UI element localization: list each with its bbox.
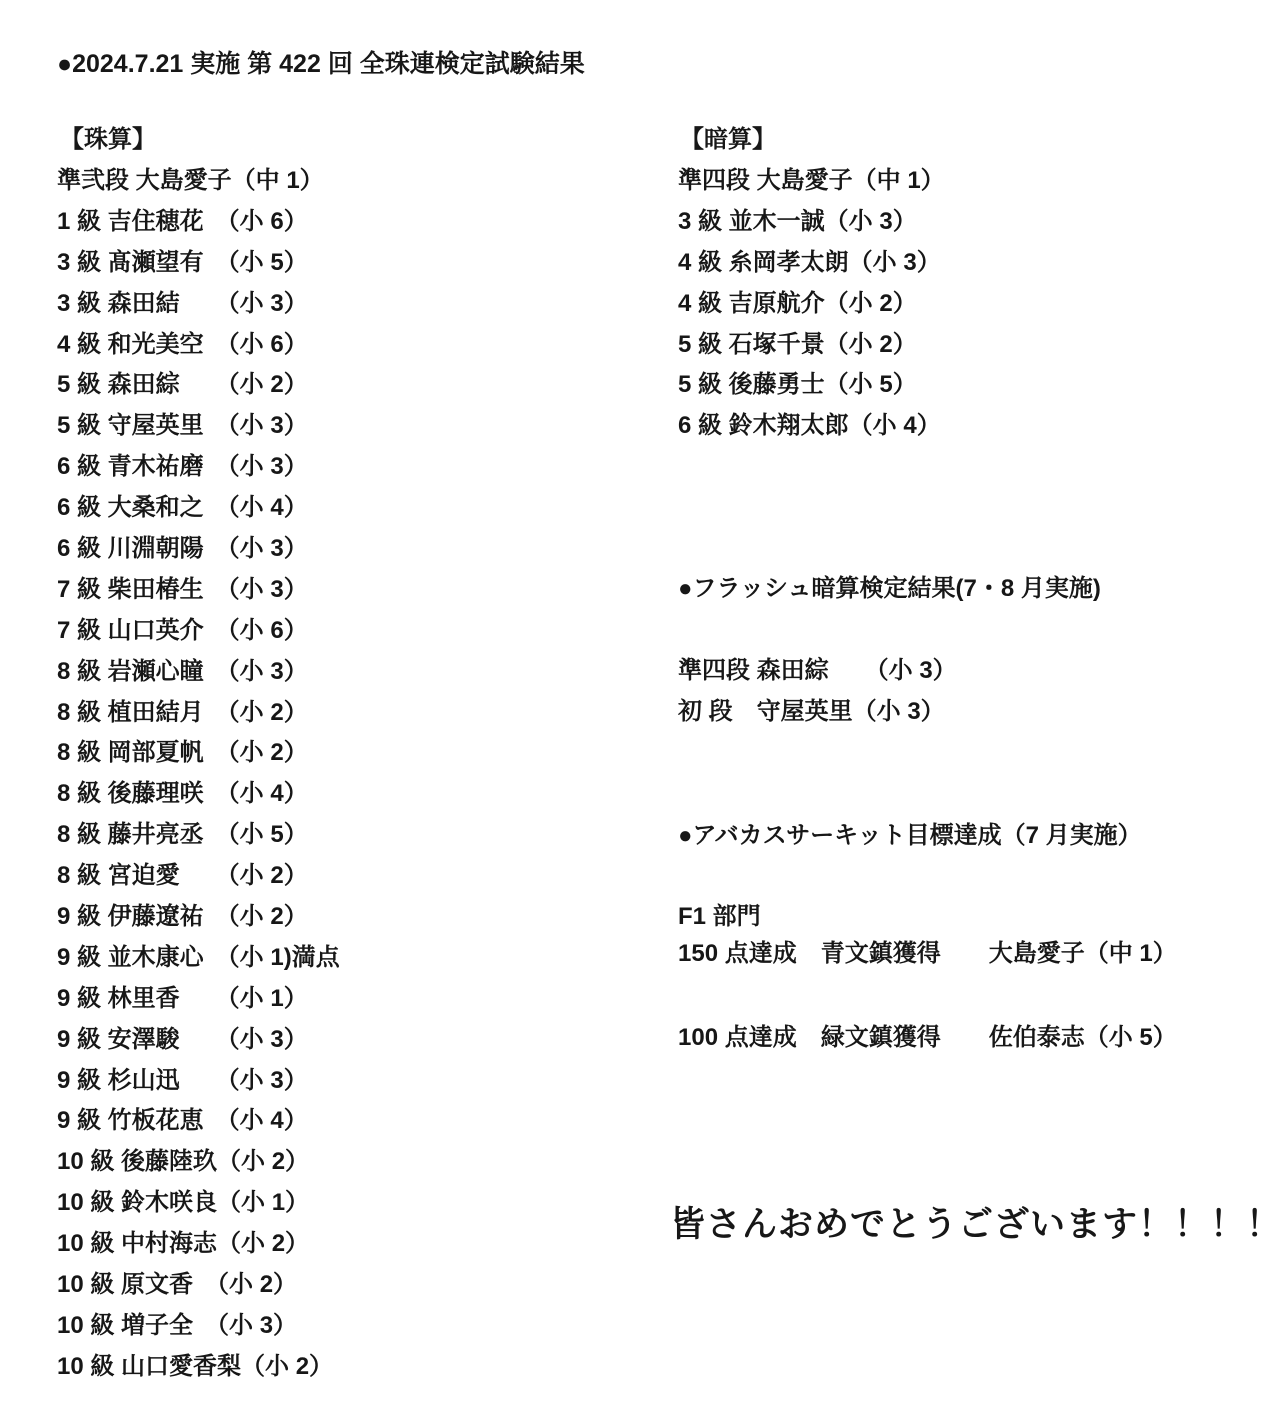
soroban-result-row: 6 級 青木祐磨 （小 3） [57, 447, 340, 488]
soroban-result-row: 6 級 大桑和之 （小 4） [57, 488, 340, 529]
anzan-section-heading: 【暗算】 [680, 127, 776, 152]
soroban-result-row: 10 級 後藤陸玖（小 2） [57, 1142, 340, 1183]
soroban-result-row: 3 級 髙瀬望有 （小 5） [57, 243, 340, 284]
soroban-result-row: 9 級 安澤駿 （小 3） [57, 1020, 340, 1061]
soroban-result-row: 9 級 竹板花恵 （小 4） [57, 1101, 340, 1142]
soroban-result-row: 1 級 吉住穂花 （小 6） [57, 202, 340, 243]
soroban-result-row: 5 級 森田綜 （小 2） [57, 365, 340, 406]
soroban-result-row: 9 級 杉山迅 （小 3） [57, 1061, 340, 1102]
soroban-result-row: 準弐段 大島愛子（中 1） [57, 161, 340, 202]
soroban-result-row: 9 級 林里香 （小 1） [57, 979, 340, 1020]
soroban-result-row: 10 級 山口愛香梨（小 2） [57, 1347, 340, 1388]
abacus-circuit-section-heading: ●アバカスサーキット目標達成（7 月実施） [678, 823, 1142, 848]
soroban-result-row: 8 級 岡部夏帆 （小 2） [57, 733, 340, 774]
flash-anzan-section-heading: ●フラッシュ暗算検定結果(7・8 月実施) [678, 576, 1101, 601]
soroban-result-row: 10 級 鈴木咲良（小 1） [57, 1183, 340, 1224]
congratulations-message: 皆さんおめでとうございます！！！！ [670, 1202, 1282, 1247]
soroban-result-row: 9 級 伊藤遼祐 （小 2） [57, 897, 340, 938]
soroban-section-heading: 【珠算】 [60, 127, 156, 152]
soroban-result-row: 10 級 増子全 （小 3） [57, 1306, 340, 1347]
page-title: ●2024.7.21 実施 第 422 回 全珠連検定試験結果 [57, 50, 585, 78]
flash-anzan-result-row: 初 段 守屋英里（小 3） [678, 692, 957, 733]
circuit-achievement-row: 100 点達成 緑文鎮獲得 佐伯泰志（小 5） [678, 1025, 1177, 1050]
flash-anzan-results-list: 準四段 森田綜 （小 3）初 段 守屋英里（小 3） [678, 651, 957, 733]
anzan-result-row: 準四段 大島愛子（中 1） [678, 161, 945, 202]
soroban-result-row: 8 級 植田結月 （小 2） [57, 693, 340, 734]
soroban-result-row: 7 級 柴田椿生 （小 3） [57, 570, 340, 611]
soroban-result-row: 10 級 原文香 （小 2） [57, 1265, 340, 1306]
soroban-result-row: 8 級 後藤理咲 （小 4） [57, 774, 340, 815]
soroban-result-row: 5 級 守屋英里 （小 3） [57, 406, 340, 447]
anzan-result-row: 4 級 糸岡孝太朗（小 3） [678, 243, 945, 284]
circuit-achievement-row: 150 点達成 青文鎮獲得 大島愛子（中 1） [678, 941, 1177, 966]
anzan-result-row: 6 級 鈴木翔太郎（小 4） [678, 406, 945, 447]
anzan-result-row: 5 級 後藤勇士（小 5） [678, 365, 945, 406]
soroban-result-row: 3 級 森田結 （小 3） [57, 284, 340, 325]
circuit-division-label: F1 部門 [678, 904, 761, 929]
soroban-result-row: 8 級 藤井亮丞 （小 5） [57, 815, 340, 856]
soroban-results-list: 準弐段 大島愛子（中 1）1 級 吉住穂花 （小 6）3 級 髙瀬望有 （小 5… [57, 161, 340, 1388]
anzan-results-list: 準四段 大島愛子（中 1）3 級 並木一誠（小 3）4 級 糸岡孝太朗（小 3）… [678, 161, 945, 447]
soroban-result-row: 8 級 岩瀬心瞳 （小 3） [57, 652, 340, 693]
soroban-result-row: 9 級 並木康心 （小 1)満点 [57, 938, 340, 979]
anzan-result-row: 4 級 吉原航介（小 2） [678, 284, 945, 325]
soroban-result-row: 8 級 宮迫愛 （小 2） [57, 856, 340, 897]
soroban-result-row: 6 級 川淵朝陽 （小 3） [57, 529, 340, 570]
soroban-result-row: 7 級 山口英介 （小 6） [57, 611, 340, 652]
anzan-result-row: 3 級 並木一誠（小 3） [678, 202, 945, 243]
soroban-result-row: 4 級 和光美空 （小 6） [57, 325, 340, 366]
soroban-result-row: 10 級 中村海志（小 2） [57, 1224, 340, 1265]
anzan-result-row: 5 級 石塚千景（小 2） [678, 325, 945, 366]
flash-anzan-result-row: 準四段 森田綜 （小 3） [678, 651, 957, 692]
